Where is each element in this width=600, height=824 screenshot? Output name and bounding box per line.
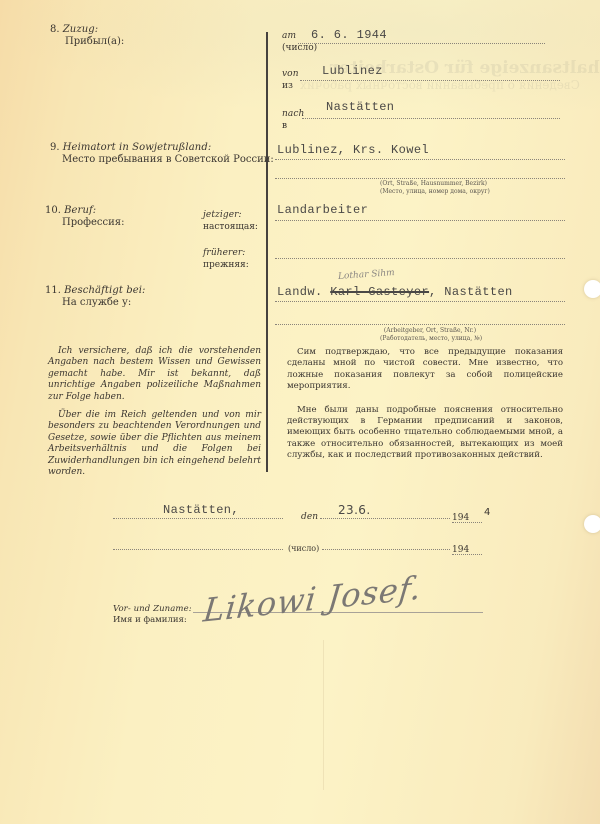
arrival-from-prefix: von из: [282, 68, 299, 92]
home-line-1: [275, 159, 565, 160]
ru-date-label: (число): [288, 543, 319, 555]
column-divider: [266, 32, 268, 472]
bleed-through-shadow: [0, 0, 600, 120]
field-arrival-label: 8. Zuzug: Прибыл(а):: [50, 24, 124, 48]
document-page: Aufenthaltsanzeige für Ostarbeiter Сведе…: [0, 0, 600, 824]
employer-line-1: [275, 301, 565, 302]
ru-year-line: [452, 554, 482, 555]
home-line-2: [275, 178, 565, 179]
place-line: [113, 518, 283, 519]
den-label: den: [301, 511, 318, 523]
arrival-to-prefix: nach в: [282, 108, 304, 132]
year-line: [452, 522, 482, 523]
field-home-label: 9. Heimatort in Sowjetrußland: Место пре…: [50, 142, 274, 166]
date-value[interactable]: 23.6.: [338, 503, 371, 517]
employer-line-2: [275, 324, 565, 325]
punch-hole-top: [584, 280, 600, 298]
declaration-russian: Сим подтверждаю, что все предыдущие пока…: [287, 347, 563, 469]
declaration-german-para-2: Über die im Reich geltenden und von mir …: [48, 410, 261, 478]
field-employer-label: 11. Beschäftigt bei: На службе у:: [45, 285, 146, 309]
profession-current-label: jetziger: настоящая:: [203, 209, 258, 233]
employer-struck-name: Karl Gasteyer: [330, 285, 429, 299]
employer-handwritten-correction: Lothar Sihm: [338, 268, 395, 282]
home-value[interactable]: Lublinez, Krs. Kowel: [277, 143, 429, 157]
employer-value[interactable]: Landw. Karl Gasteyer, Nastätten: [277, 285, 513, 299]
profession-former-line: [275, 258, 565, 259]
paper-fold: [323, 640, 324, 790]
signature-label: Vor- und Zuname: Имя и фамилия:: [113, 604, 192, 626]
profession-current-line: [275, 220, 565, 221]
profession-current-value[interactable]: Landarbeiter: [277, 203, 368, 217]
declaration-russian-para-2: Мне были даны подробные пояснения относи…: [287, 405, 563, 462]
arrival-from-line: [300, 80, 560, 81]
arrival-date-value[interactable]: 6. 6. 1944: [311, 28, 387, 42]
ru-date-line: [322, 549, 450, 550]
employer-caption: (Arbeitgeber, Ort, Straße, Nr.) (Работод…: [380, 327, 480, 343]
arrival-date-line: [298, 43, 545, 44]
arrival-to-line: [302, 118, 560, 119]
home-caption: (Ort, Straße, Hausnummer, Bezirk) (Место…: [380, 180, 480, 196]
place-value[interactable]: Nastätten,: [163, 503, 239, 517]
field-profession-label: 10. Beruf: Профессия:: [45, 205, 124, 229]
declaration-german-para-1: Ich versichere, daß ich die vorstehenden…: [48, 346, 261, 403]
signature-value[interactable]: Likowi Josef.: [202, 568, 424, 630]
punch-hole-bottom: [584, 515, 600, 533]
ru-place-line: [113, 549, 283, 550]
declaration-russian-para-1: Сим подтверждаю, что все предыдущие пока…: [287, 347, 563, 393]
year-suffix[interactable]: 4: [484, 507, 490, 519]
declaration-german: Ich versichere, daß ich die vorstehenden…: [48, 346, 261, 485]
arrival-to-value[interactable]: Nastätten: [326, 100, 394, 114]
profession-former-label: früherer: прежняя:: [203, 247, 249, 271]
arrival-from-value[interactable]: Lublinez: [322, 64, 383, 78]
date-line: [320, 518, 450, 519]
